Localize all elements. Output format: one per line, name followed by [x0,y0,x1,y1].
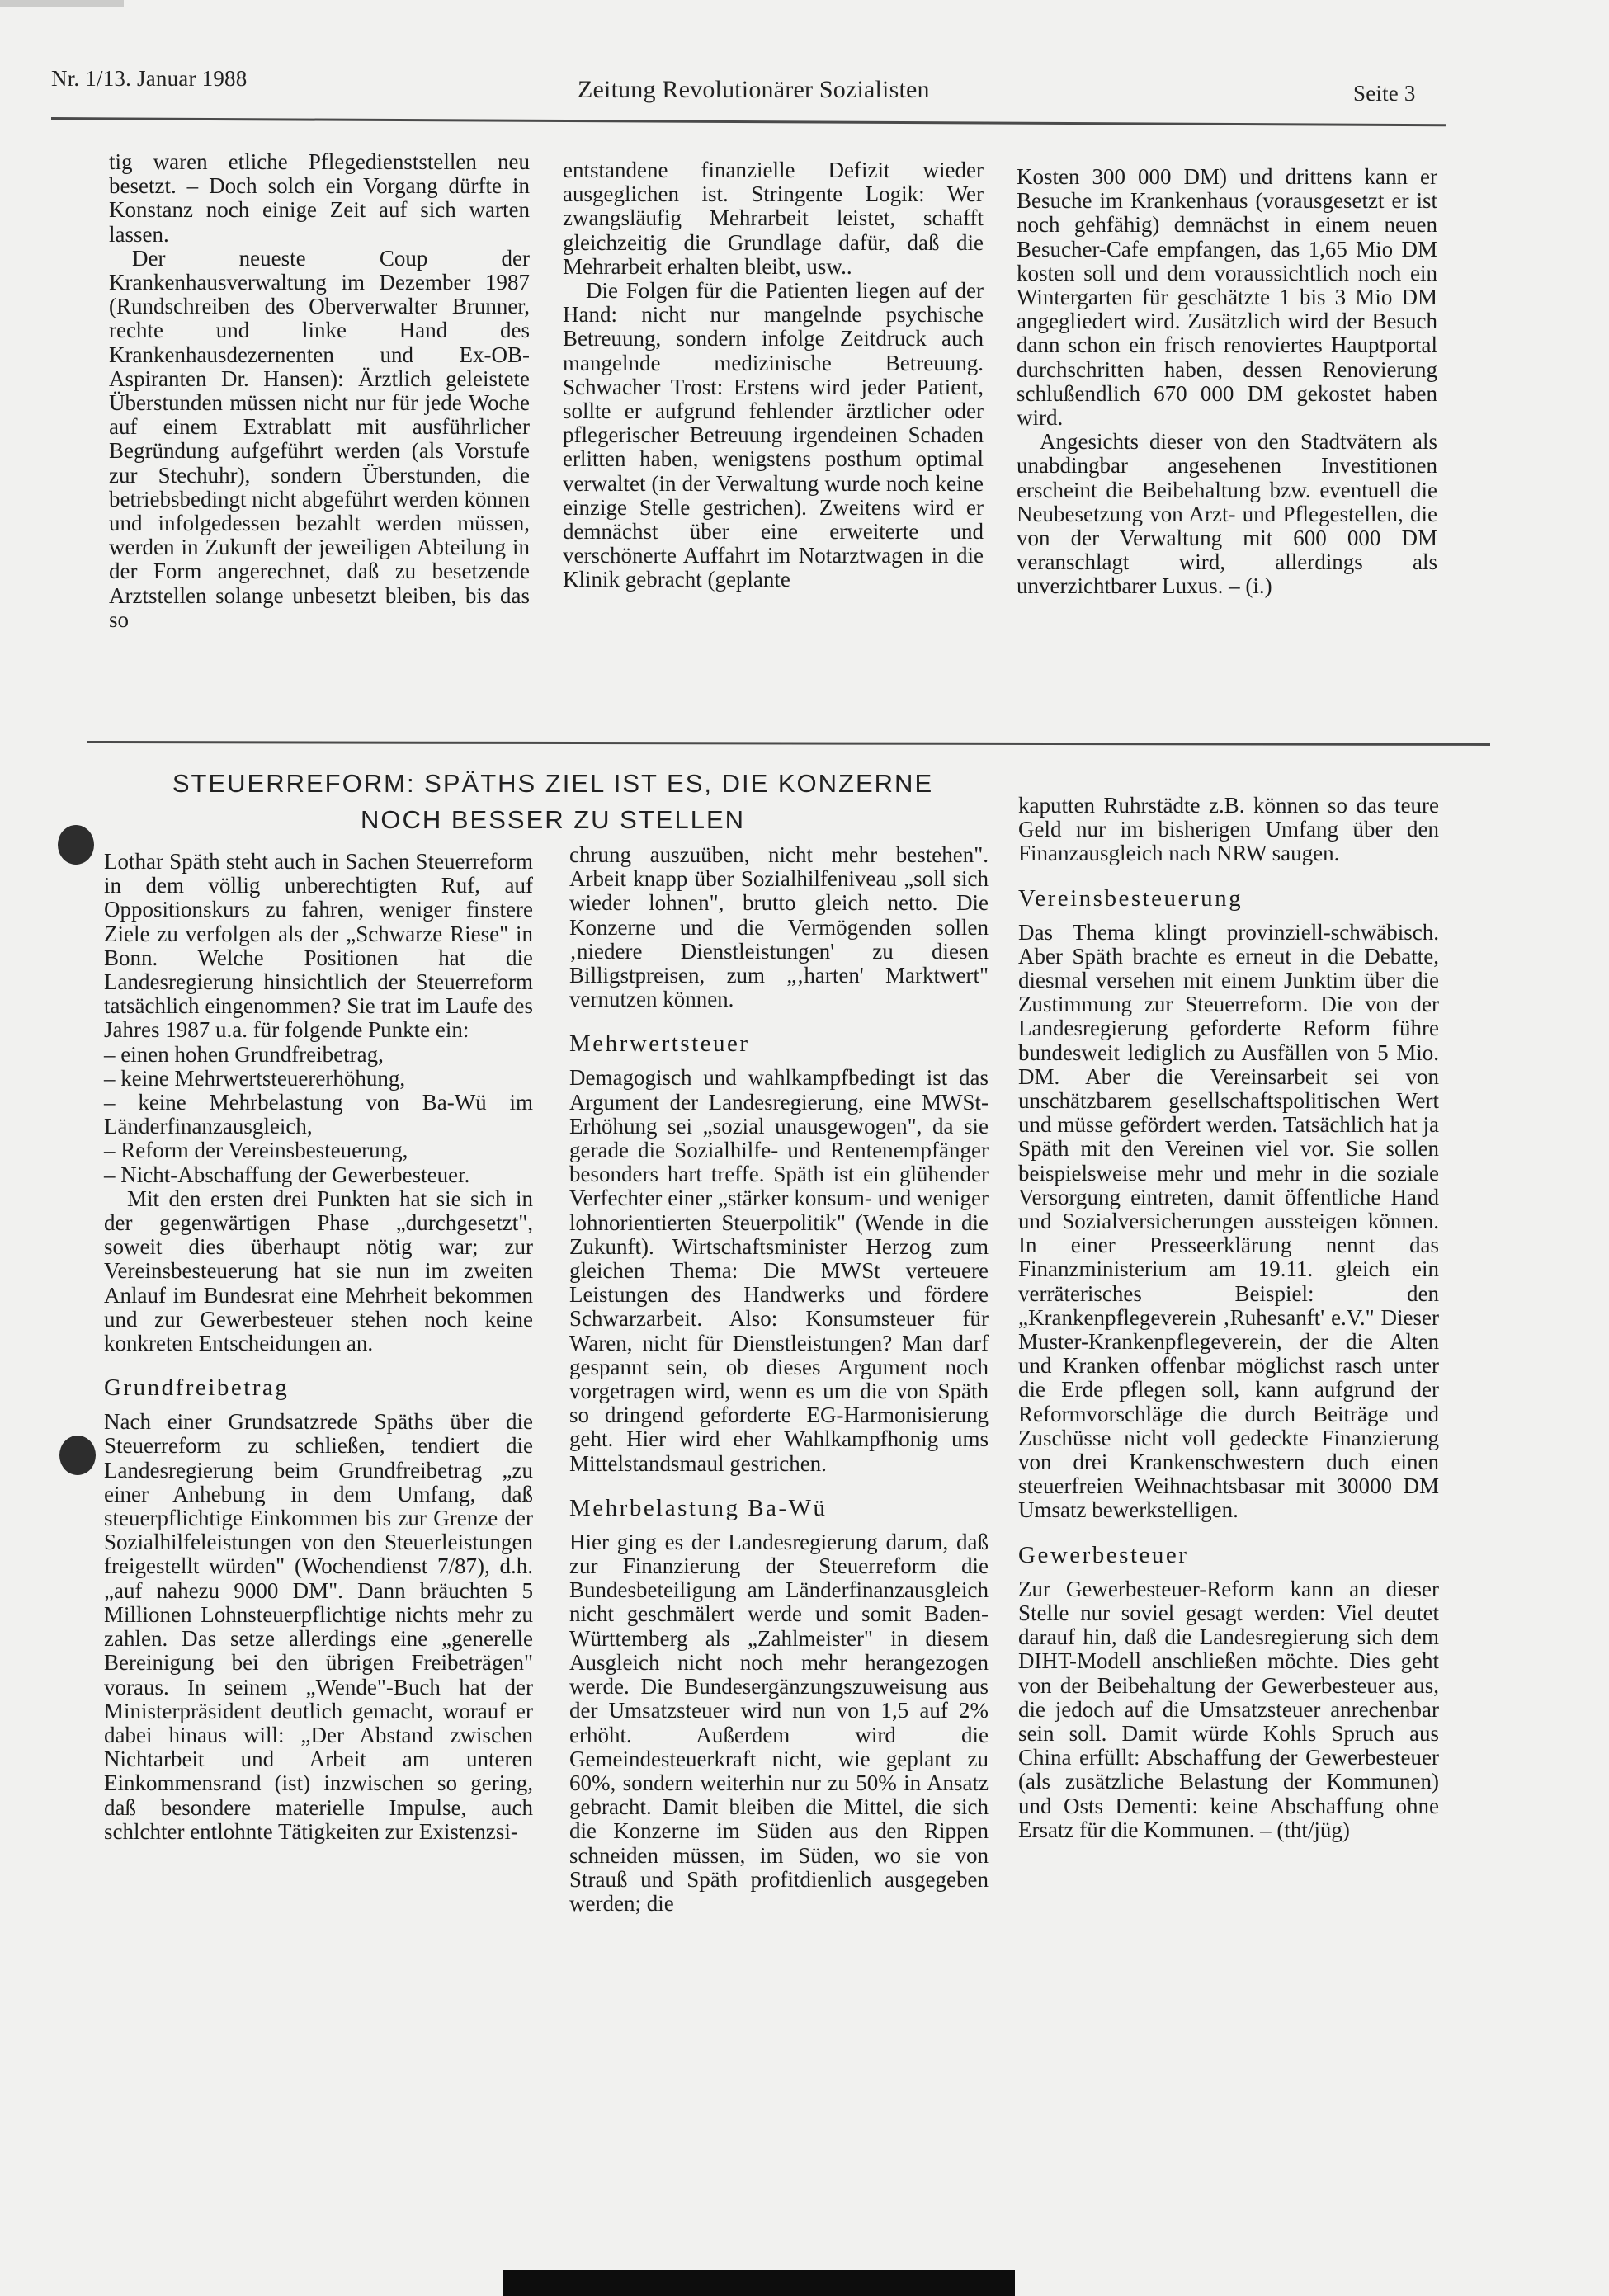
section-heading: Mehrwertsteuer [569,1030,989,1058]
paragraph: Zur Gewerbesteuer-Reform kann an dieser … [1018,1577,1439,1842]
paragraph: Nach einer Grundsatzrede Späths über die… [104,1410,533,1844]
article1-column-2: entstandene finanzielle Defizit wieder a… [563,158,984,592]
section-heading: Gewerbesteuer [1018,1541,1439,1569]
publication-title: Zeitung Revolutionärer Sozialisten [578,76,930,104]
section-heading: Grundfreibetrag [104,1374,533,1402]
paragraph: entstandene finanzielle Defizit wieder a… [563,158,984,279]
issue-number: Nr. 1/13. Januar 1988 [51,66,247,92]
list-item: – keine Mehrwertsteuererhöhung, [104,1067,533,1091]
article2-column-2: chrung auszuüben, nicht mehr bestehen". … [569,843,989,1916]
article-divider [87,741,1490,746]
paragraph: Mit den ersten drei Punkten hat sie sich… [104,1187,533,1355]
header-rule [51,117,1446,126]
list-item: – Nicht-Abschaffung der Gewerbesteuer. [104,1163,533,1187]
paragraph: Angesichts dieser von den Stadtvätern al… [1017,430,1437,598]
paragraph: kaputten Ruhrstädte z.B. können so das t… [1018,794,1439,866]
punch-hole-top [58,825,94,865]
list-item: – keine Mehrbelastung von Ba-Wü im Lände… [104,1091,533,1139]
list-item: – einen hohen Grundfreibetrag, [104,1043,533,1067]
paragraph: Der neueste Coup der Krankenhausverwaltu… [109,247,530,632]
article2-headline: STEUERREFORM: SPÄTHS ZIEL IST ES, DIE KO… [157,766,949,838]
headline-line-2: NOCH BESSER ZU STELLEN [157,802,949,838]
newspaper-page: Nr. 1/13. Januar 1988 Zeitung Revolution… [0,0,1609,2296]
article2-column-3: kaputten Ruhrstädte z.B. können so das t… [1018,794,1439,1842]
punch-hole-bottom [59,1436,96,1475]
page-number: Seite 3 [1353,81,1416,106]
article1-column-3: Kosten 300 000 DM) und drittens kann er … [1017,165,1437,599]
paragraph: Kosten 300 000 DM) und drittens kann er … [1017,165,1437,430]
paragraph: Hier ging es der Landesregierung darum, … [569,1530,989,1916]
headline-line-1: STEUERREFORM: SPÄTHS ZIEL IST ES, DIE KO… [157,766,949,802]
section-heading: Vereinsbesteuerung [1018,884,1439,912]
scan-edge-bar [503,2270,1015,2296]
scan-artifact [0,0,124,7]
article1-column-1: tig waren etliche Pflegedienststellen ne… [109,150,530,632]
paragraph: Lothar Späth steht auch in Sachen Steuer… [104,850,533,1043]
paragraph: chrung auszuüben, nicht mehr bestehen". … [569,843,989,1011]
paragraph: Die Folgen für die Patienten liegen auf … [563,279,984,592]
section-heading: Mehrbelastung Ba-Wü [569,1494,989,1522]
paragraph: tig waren etliche Pflegedienststellen ne… [109,150,530,247]
article2-column-1: Lothar Späth steht auch in Sachen Steuer… [104,850,533,1844]
paragraph: Das Thema klingt provinziell-schwäbisch.… [1018,921,1439,1523]
paragraph: Demagogisch und wahlkampfbedingt ist das… [569,1066,989,1475]
list-item: – Reform der Vereinsbesteuerung, [104,1139,533,1162]
